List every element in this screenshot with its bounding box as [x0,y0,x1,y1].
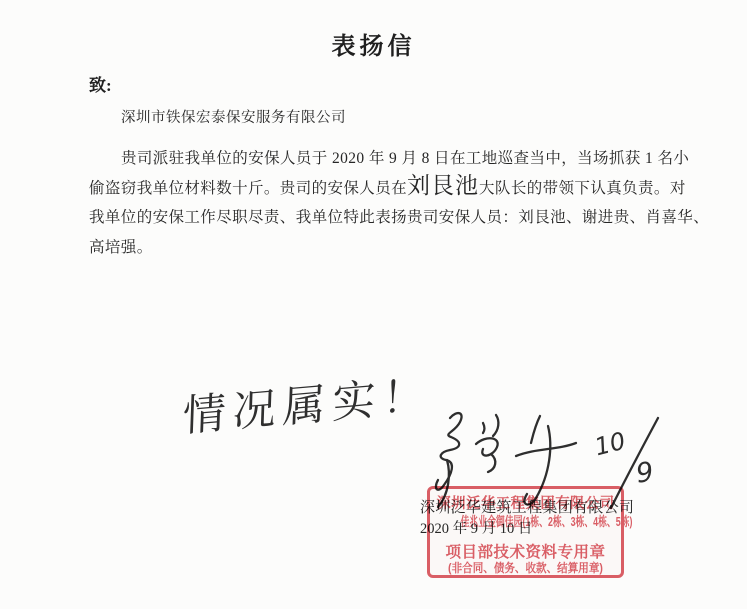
signature-scrawl-mid-loop [476,438,498,472]
body-line-3: 我单位的安保工作尽职尽责、我单位特此表扬贵司安保人员：刘艮池、谢进贵、肖喜华、 [89,203,679,233]
highlighted-name: 刘艮池 [407,173,479,198]
recipient-company: 深圳市铁保宏泰保安服务有限公司 [121,106,346,127]
handwritten-note: 情况属实！ [182,361,433,444]
letter-title: 表扬信 [0,26,747,61]
stamp-usage-note: (非合同、债务、收款、结算用章) [441,559,609,576]
signature-scrawl-right-descender [524,426,550,505]
salutation: 致: [89,71,112,96]
body-line-4: 高培强。 [89,233,679,263]
signature-scrawl-left-tail [438,460,449,507]
signature-scrawl-mid-dot1 [483,423,485,433]
signature-scrawl-right-horizontal [516,443,576,456]
commendation-letter-page: 表扬信 致: 深圳市铁保宏泰保安服务有限公司 贵司派驻我单位的安保人员于 202… [0,0,747,609]
body-line-2: 偷盗窃我单位材料数十斤。贵司的安保人员在刘艮池大队长的带领下认真负责。对 [89,174,679,204]
body-line-2-post: 大队长的带领下认真负责。对 [479,180,686,197]
letter-body: 贵司派驻我单位的安保人员于 2020 年 9 月 8 日在工地巡查当中，当场抓获… [89,144,679,262]
signature-scrawl-mid-dot2 [493,415,498,436]
body-line-1: 贵司派驻我单位的安保人员于 2020 年 9 月 8 日在工地巡查当中，当场抓获… [89,144,679,174]
handwritten-date-day: 9 [634,457,655,490]
handwritten-date-month: 10 [592,427,628,462]
body-line-2-pre: 偷盗窃我单位材料数十斤。贵司的安保人员在 [89,180,407,197]
handwritten-signature: 10 9 [430,402,675,522]
signature-scrawl-right-hook [531,416,540,443]
